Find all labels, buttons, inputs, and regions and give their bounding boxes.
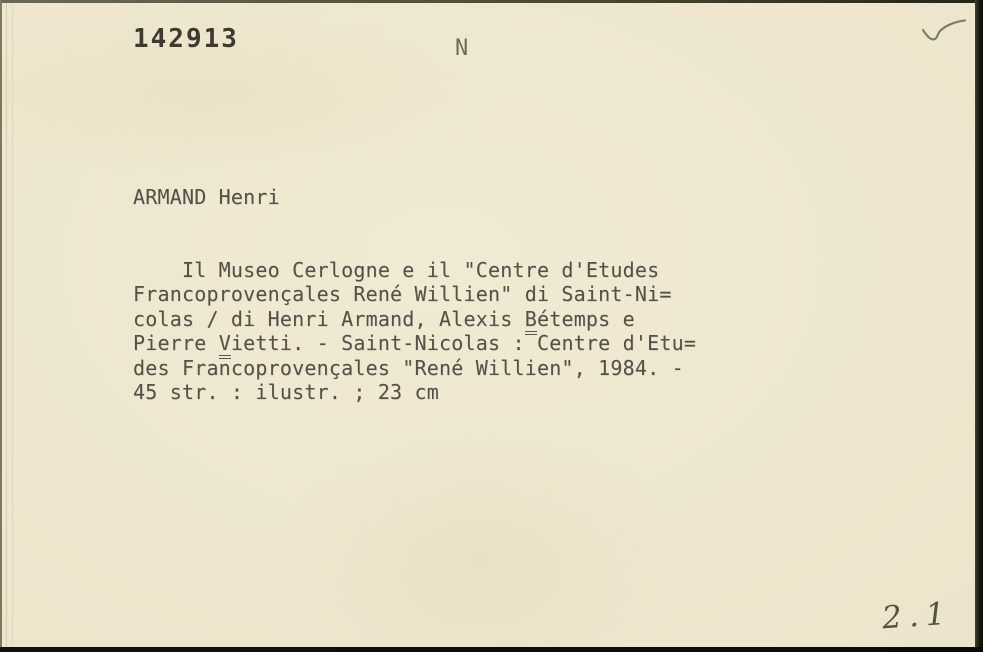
scanned-catalog-card: { "card": { "accession_number": "142913"… (0, 0, 983, 652)
scan-edge-right (975, 0, 983, 652)
bibliographic-entry: ARMAND Henri Il Museo Cerlogne e il "Cen… (133, 136, 696, 429)
body-line: 45 str. : ilustr. ; 23 cm (133, 380, 696, 404)
body-line: des Francoprovençales "René Willien", 19… (133, 356, 696, 380)
handwritten-note: 2.1 (881, 596, 954, 637)
card-body-lines: Il Museo Cerlogne e il "Centre d'EtudesF… (133, 258, 696, 404)
scan-edge-top (0, 0, 983, 3)
scan-edge-bottom (0, 647, 983, 652)
heading-author: ARMAND Henri (133, 185, 696, 209)
body-line: colas / di Henri Armand, Alexis Bétemps … (133, 307, 696, 331)
body-line: Francoprovençales René Willien" di Saint… (133, 282, 696, 306)
accession-number: 142913 (133, 24, 239, 54)
scan-edge-left (0, 0, 2, 652)
filing-letter: N (455, 36, 468, 61)
pencil-checkmark-icon (918, 18, 970, 56)
body-line: Il Museo Cerlogne e il "Centre d'Etudes (133, 258, 696, 282)
body-line: Pierre Vietti. - Saint-Nicolas : Centre … (133, 331, 696, 355)
card-crease (12, 0, 13, 652)
card-crease (6, 0, 7, 652)
